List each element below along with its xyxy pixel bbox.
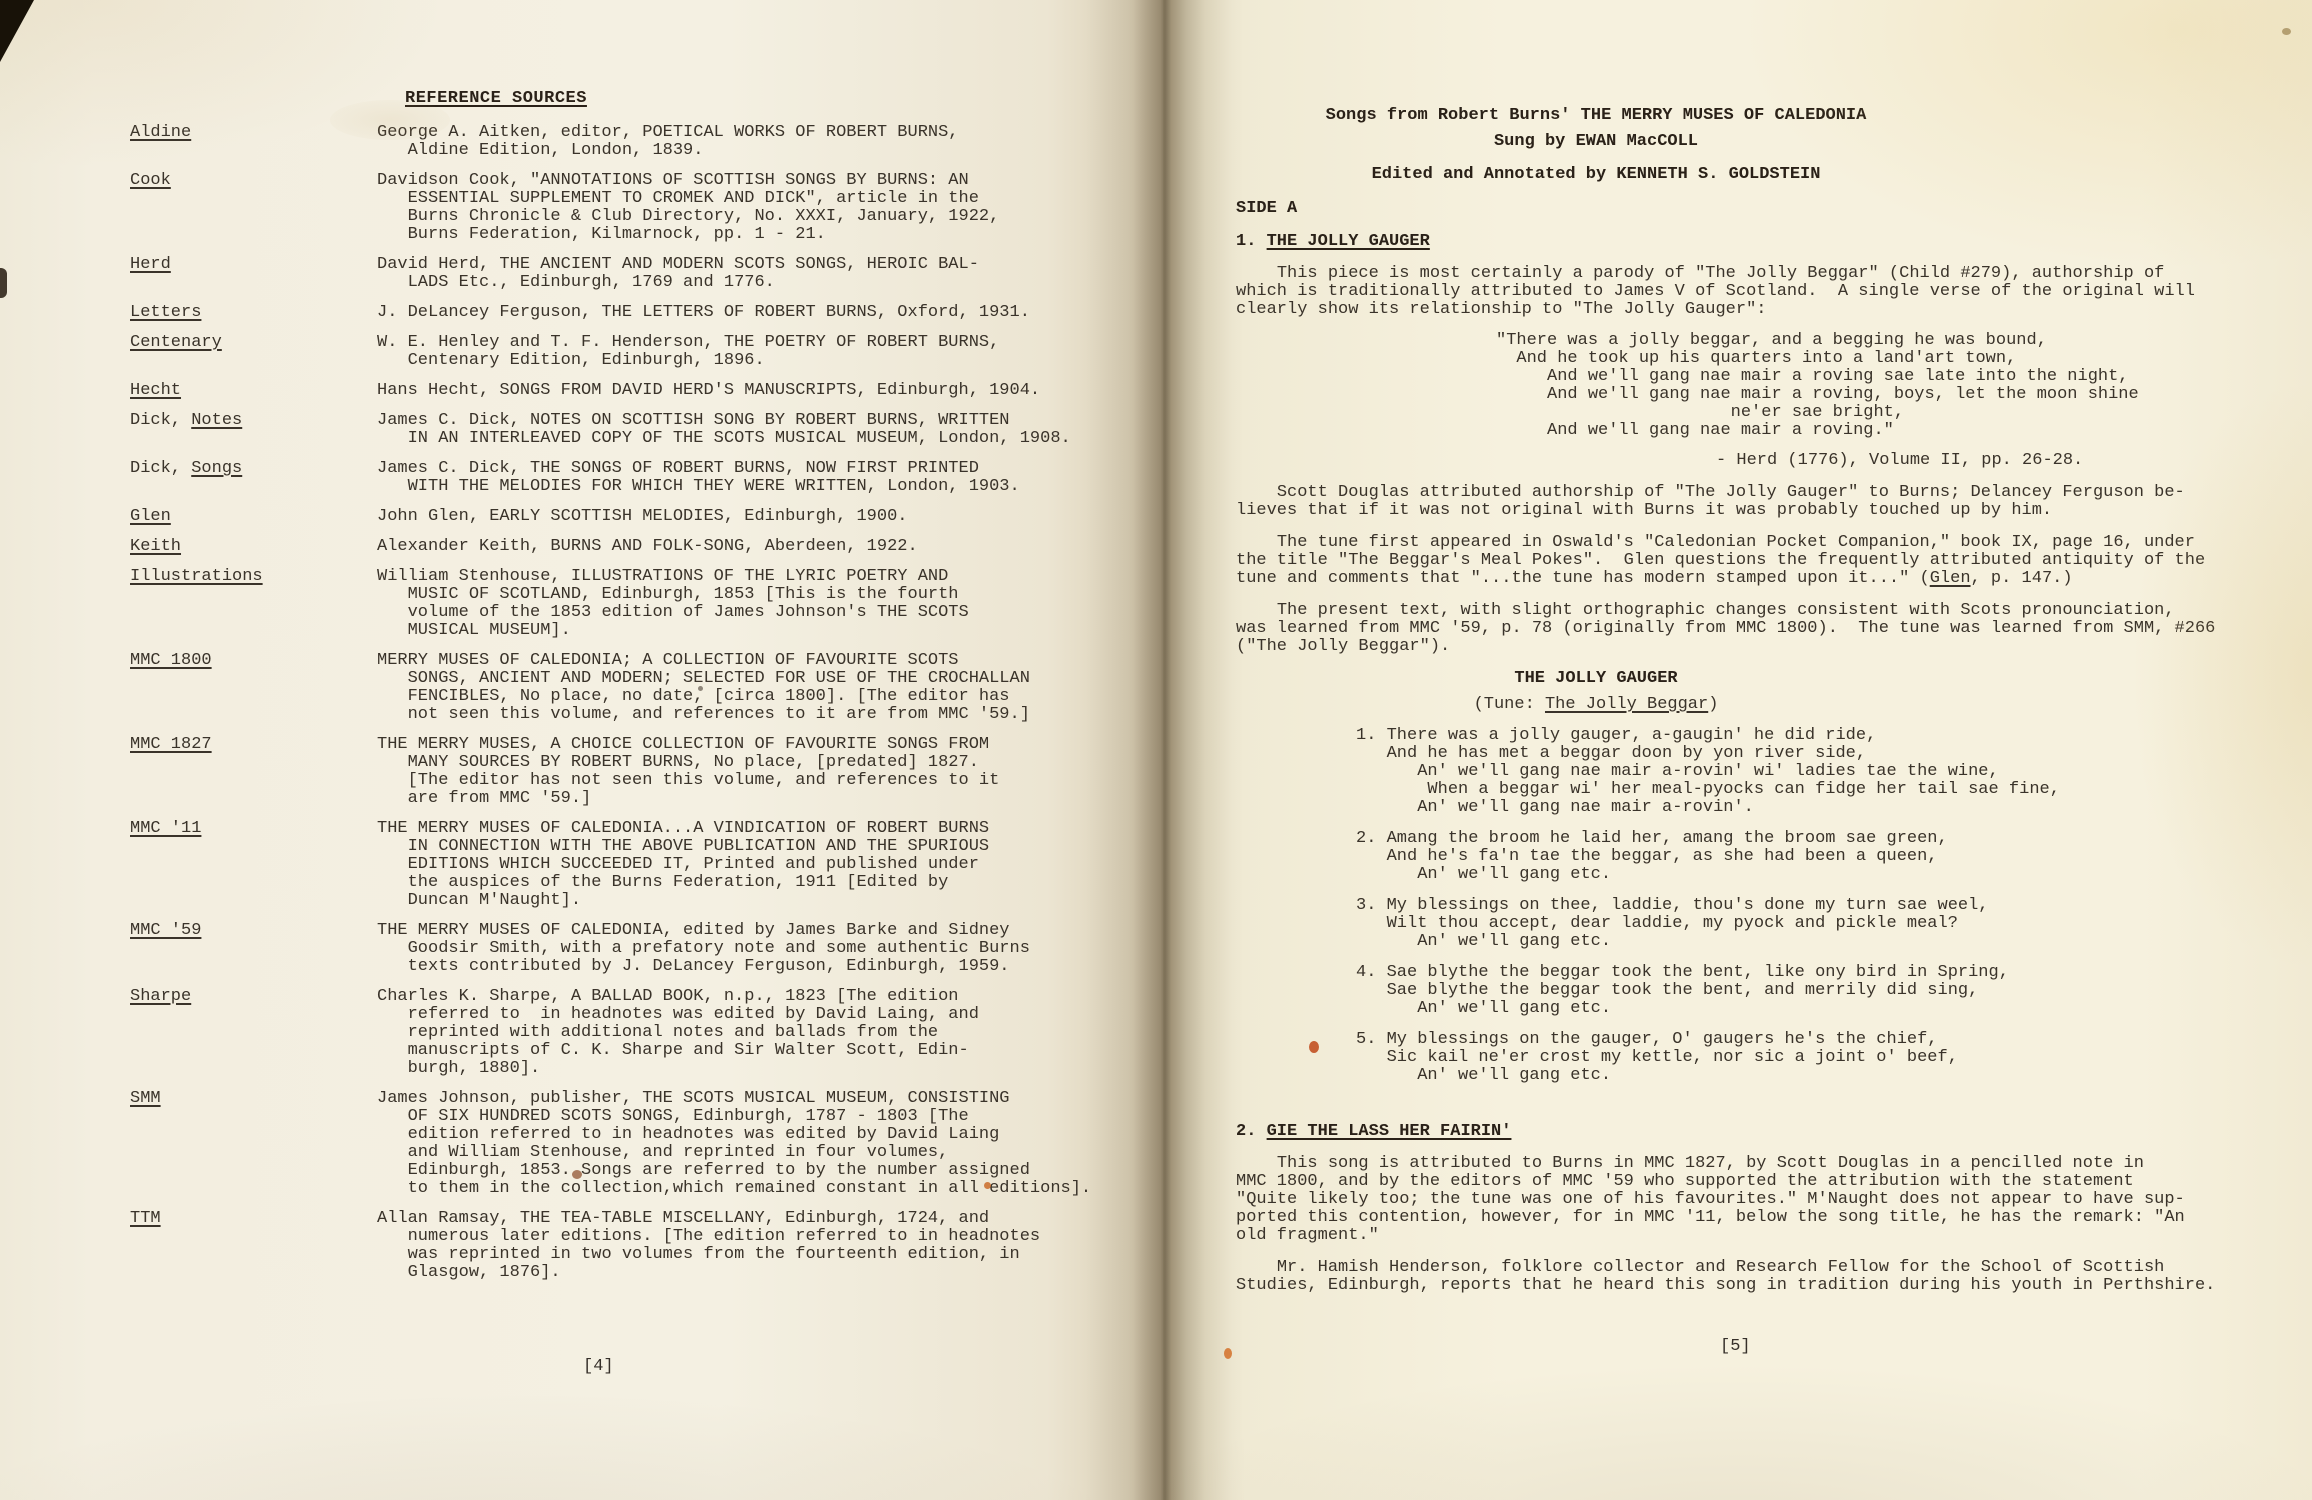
- reference-entry-cook: CookDavidson Cook, "ANNOTATIONS OF SCOTT…: [0, 172, 1163, 244]
- reference-sources-title: REFERENCE SOURCES: [405, 90, 587, 108]
- reference-description: William Stenhouse, ILLUSTRATIONS OF THE …: [377, 568, 1163, 640]
- reference-entry-centenary: CentenaryW. E. Henley and T. F. Henderso…: [0, 334, 1163, 370]
- tune-name: The Jolly Beggar: [1545, 695, 1708, 714]
- reference-description: J. DeLancey Ferguson, THE LETTERS OF ROB…: [377, 304, 1163, 322]
- song-heading: THE JOLLY GAUGER (Tune: The Jolly Beggar…: [1236, 670, 1956, 714]
- reference-term: Cook: [130, 172, 377, 244]
- term-label: Keith: [130, 537, 181, 556]
- reference-term: Dick, Songs: [130, 460, 377, 496]
- song-title: THE JOLLY GAUGER: [1236, 670, 1956, 688]
- term-label: MMC '59: [130, 921, 201, 940]
- reference-entry-dick-notes: Dick, NotesJames C. Dick, NOTES ON SCOTT…: [0, 412, 1163, 448]
- term-label: Sharpe: [130, 987, 191, 1006]
- reference-term: Letters: [130, 304, 377, 322]
- reference-description: George A. Aitken, editor, POETICAL WORKS…: [377, 124, 1163, 160]
- reference-description: Charles K. Sharpe, A BALLAD BOOK, n.p., …: [377, 988, 1163, 1078]
- reference-description: Davidson Cook, "ANNOTATIONS OF SCOTTISH …: [377, 172, 1163, 244]
- verse-1: 1. There was a jolly gauger, a-gaugin' h…: [1356, 727, 2296, 817]
- book-spread: REFERENCE SOURCES AldineGeorge A. Aitken…: [0, 0, 2312, 1500]
- paragraph-scott-douglas: Scott Douglas attributed authorship of "…: [1236, 484, 2296, 520]
- verse-5: 5. My blessings on the gauger, O' gauger…: [1356, 1031, 2296, 1085]
- paragraph-jolly-gauger-intro: This piece is most certainly a parody of…: [1236, 265, 2296, 319]
- paragraph-hamish-henderson: Mr. Hamish Henderson, folklore collector…: [1236, 1259, 2296, 1295]
- reference-entry-sharpe: SharpeCharles K. Sharpe, A BALLAD BOOK, …: [0, 988, 1163, 1078]
- edge-mark: [0, 268, 7, 298]
- section-number: 1.: [1236, 232, 1267, 251]
- reference-entry-hecht: HechtHans Hecht, SONGS FROM DAVID HERD'S…: [0, 382, 1163, 400]
- quoted-verse-jolly-beggar: "There was a jolly beggar, and a begging…: [1496, 332, 2296, 440]
- reference-term: SMM: [130, 1090, 377, 1198]
- paragraph-present-text: The present text, with slight orthograph…: [1236, 602, 2296, 656]
- verse-3: 3. My blessings on thee, laddie, thou's …: [1356, 897, 2296, 951]
- tune-line: (Tune: The Jolly Beggar): [1236, 696, 1956, 714]
- reference-entry-dick-songs: Dick, SongsJames C. Dick, THE SONGS OF R…: [0, 460, 1163, 496]
- reference-description: James Johnson, publisher, THE SCOTS MUSI…: [377, 1090, 1163, 1198]
- reference-term: Glen: [130, 508, 377, 526]
- reference-entry-illustrations: IllustrationsWilliam Stenhouse, ILLUSTRA…: [0, 568, 1163, 640]
- reference-entry-letters: LettersJ. DeLancey Ferguson, THE LETTERS…: [0, 304, 1163, 322]
- album-editor: Edited and Annotated by KENNETH S. GOLDS…: [1236, 166, 1956, 184]
- section-title: THE JOLLY GAUGER: [1267, 232, 1430, 251]
- song-verses: 1. There was a jolly gauger, a-gaugin' h…: [1356, 727, 2296, 1085]
- reference-term: Hecht: [130, 382, 377, 400]
- section-1-heading: 1. THE JOLLY GAUGER: [1236, 233, 2296, 251]
- reference-description: Allan Ramsay, THE TEA-TABLE MISCELLANY, …: [377, 1210, 1163, 1282]
- page-right: Songs from Robert Burns' THE MERRY MUSES…: [1163, 0, 2312, 1500]
- reference-description: David Herd, THE ANCIENT AND MODERN SCOTS…: [377, 256, 1163, 292]
- reference-term: Sharpe: [130, 988, 377, 1078]
- page-number-left: [4]: [583, 1358, 614, 1376]
- reference-entry-herd: HerdDavid Herd, THE ANCIENT AND MODERN S…: [0, 256, 1163, 292]
- reference-entry-aldine: AldineGeorge A. Aitken, editor, POETICAL…: [0, 124, 1163, 160]
- term-label: MMC 1827: [130, 735, 212, 754]
- term-label: Aldine: [130, 123, 191, 142]
- term-prefix: Dick,: [130, 459, 191, 478]
- term-label: TTM: [130, 1209, 161, 1228]
- term-label: Hecht: [130, 381, 181, 400]
- reference-description: W. E. Henley and T. F. Henderson, THE PO…: [377, 334, 1163, 370]
- reference-entry-keith: KeithAlexander Keith, BURNS AND FOLK-SON…: [0, 538, 1163, 556]
- verse-4: 4. Sae blythe the beggar took the bent, …: [1356, 964, 2296, 1018]
- reference-description: MERRY MUSES OF CALEDONIA; A COLLECTION O…: [377, 652, 1163, 724]
- reference-term: TTM: [130, 1210, 377, 1282]
- reference-term: MMC '11: [130, 820, 377, 910]
- reference-description: John Glen, EARLY SCOTTISH MELODIES, Edin…: [377, 508, 1163, 526]
- reference-term: Herd: [130, 256, 377, 292]
- term-label: Herd: [130, 255, 171, 274]
- reference-term: Aldine: [130, 124, 377, 160]
- quote-attribution: - Herd (1776), Volume II, pp. 26-28.: [1716, 452, 2296, 470]
- reference-description: Alexander Keith, BURNS AND FOLK-SONG, Ab…: [377, 538, 1163, 556]
- page-left: REFERENCE SOURCES AldineGeorge A. Aitken…: [0, 0, 1163, 1500]
- reference-description: Hans Hecht, SONGS FROM DAVID HERD'S MANU…: [377, 382, 1163, 400]
- term-label: Glen: [130, 507, 171, 526]
- right-page-body: Songs from Robert Burns' THE MERRY MUSES…: [1163, 0, 2312, 1295]
- term-label: MMC 1800: [130, 651, 212, 670]
- reference-term: Dick, Notes: [130, 412, 377, 448]
- reference-entry-smm: SMMJames Johnson, publisher, THE SCOTS M…: [0, 1090, 1163, 1198]
- paragraph-text: , p. 147.): [1971, 569, 2073, 588]
- section-title: GIE THE LASS HER FAIRIN': [1267, 1122, 1512, 1141]
- term-label: Illustrations: [130, 567, 263, 586]
- reference-entry-mmc1800: MMC 1800MERRY MUSES OF CALEDONIA; A COLL…: [0, 652, 1163, 724]
- reference-entry-mmc11: MMC '11THE MERRY MUSES OF CALEDONIA...A …: [0, 820, 1163, 910]
- reference-entry-mmc1827: MMC 1827THE MERRY MUSES, A CHOICE COLLEC…: [0, 736, 1163, 808]
- reference-term: MMC 1800: [130, 652, 377, 724]
- term-label: MMC '11: [130, 819, 201, 838]
- reference-description: THE MERRY MUSES, A CHOICE COLLECTION OF …: [377, 736, 1163, 808]
- reference-term: Keith: [130, 538, 377, 556]
- reference-term: MMC '59: [130, 922, 377, 976]
- tune-prefix: (Tune:: [1474, 695, 1545, 714]
- album-artist: Sung by EWAN MacCOLL: [1236, 133, 1956, 151]
- term-label: Songs: [191, 459, 242, 478]
- paragraph-tune-history: The tune first appeared in Oswald's "Cal…: [1236, 534, 2296, 588]
- verse-2: 2. Amang the broom he laid her, amang th…: [1356, 830, 2296, 884]
- album-title: Songs from Robert Burns' THE MERRY MUSES…: [1236, 107, 1956, 125]
- album-header: Songs from Robert Burns' THE MERRY MUSES…: [1236, 107, 1956, 184]
- tune-suffix: ): [1708, 695, 1718, 714]
- side-a-label: SIDE A: [1236, 200, 2296, 218]
- term-label: Centenary: [130, 333, 222, 352]
- reference-description: THE MERRY MUSES OF CALEDONIA, edited by …: [377, 922, 1163, 976]
- term-label: Notes: [191, 411, 242, 430]
- reference-entry-mmc59: MMC '59THE MERRY MUSES OF CALEDONIA, edi…: [0, 922, 1163, 976]
- reference-description: James C. Dick, NOTES ON SCOTTISH SONG BY…: [377, 412, 1163, 448]
- term-label: SMM: [130, 1089, 161, 1108]
- reference-description: James C. Dick, THE SONGS OF ROBERT BURNS…: [377, 460, 1163, 496]
- glen-reference: Glen: [1930, 569, 1971, 588]
- section-2-heading: 2. GIE THE LASS HER FAIRIN': [1236, 1123, 2296, 1141]
- paragraph-gie-the-lass-attribution: This song is attributed to Burns in MMC …: [1236, 1155, 2296, 1245]
- section-number: 2.: [1236, 1122, 1267, 1141]
- term-label: Letters: [130, 303, 201, 322]
- reference-term: Illustrations: [130, 568, 377, 640]
- reference-term: Centenary: [130, 334, 377, 370]
- reference-description: THE MERRY MUSES OF CALEDONIA...A VINDICA…: [377, 820, 1163, 910]
- reference-entry-ttm: TTMAllan Ramsay, THE TEA-TABLE MISCELLAN…: [0, 1210, 1163, 1282]
- reference-term: MMC 1827: [130, 736, 377, 808]
- term-prefix: Dick,: [130, 411, 191, 430]
- reference-entry-glen: GlenJohn Glen, EARLY SCOTTISH MELODIES, …: [0, 508, 1163, 526]
- term-label: Cook: [130, 171, 171, 190]
- page-number-right: [5]: [1720, 1338, 1751, 1356]
- reference-list: AldineGeorge A. Aitken, editor, POETICAL…: [0, 124, 1163, 1282]
